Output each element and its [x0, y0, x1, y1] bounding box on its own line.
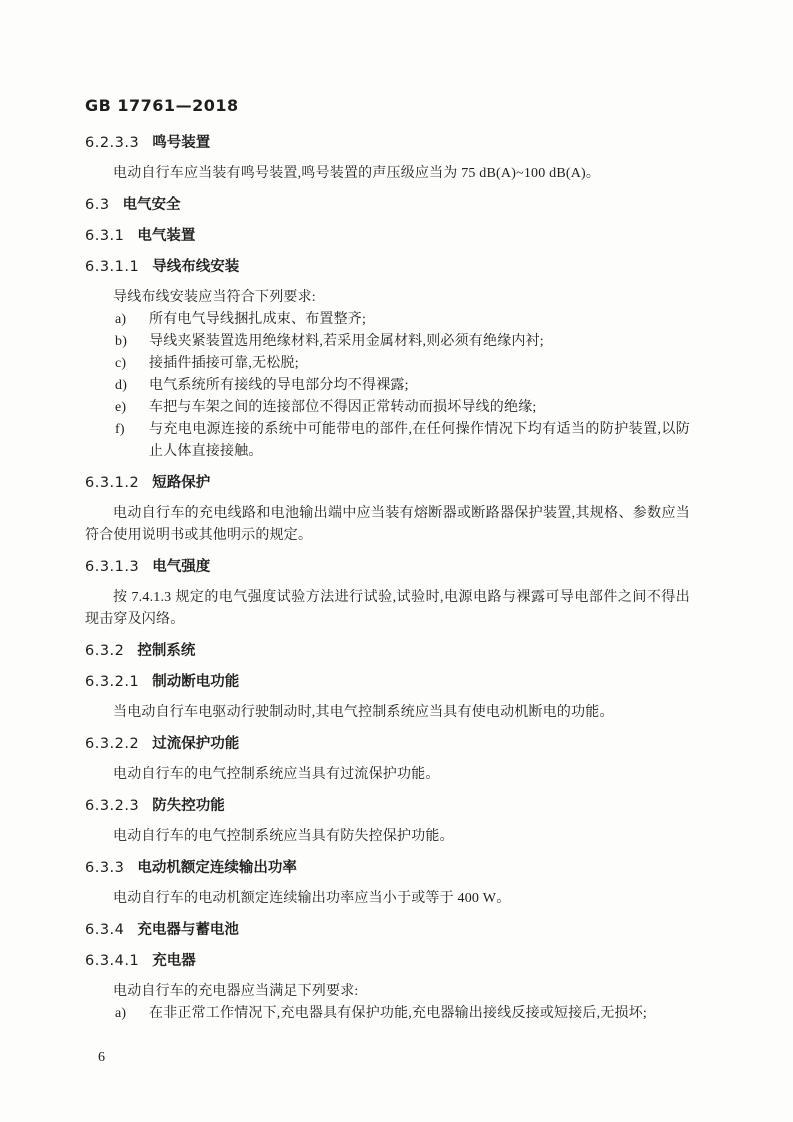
clause-number: 6.3.1.3: [85, 559, 139, 575]
section-heading: 6.3.1.3电气强度: [85, 556, 690, 578]
body-paragraph: 电动自行车的电气控制系统应当具有过流保护功能。: [85, 764, 690, 786]
list-marker: b): [115, 331, 127, 353]
list-marker: e): [115, 397, 126, 419]
list-item: a)在非正常工作情况下,充电器具有保护功能,充电器输出接线反接或短接后,无损坏;: [85, 1003, 690, 1025]
clause-number: 6.3.4: [85, 922, 124, 938]
clause-number: 6.3: [85, 197, 110, 213]
page-number: 6: [98, 1049, 690, 1067]
clause-number: 6.3.1.2: [85, 475, 139, 491]
section-heading: 6.3.2.2过流保护功能: [85, 733, 690, 755]
clause-title: 电动机额定连续输出功率: [137, 860, 297, 876]
list-item-text: 导线夹紧装置选用绝缘材料,若采用金属材料,则必须有绝缘内衬;: [149, 334, 544, 349]
clause-title: 防失控功能: [152, 798, 225, 814]
clause-title: 控制系统: [137, 643, 195, 659]
clause-number: 6.3.2.1: [85, 674, 139, 690]
clause-number: 6.3.2.2: [85, 736, 139, 752]
requirement-list: a)在非正常工作情况下,充电器具有保护功能,充电器输出接线反接或短接后,无损坏;: [85, 1003, 690, 1025]
clause-number: 6.3.4.1: [85, 953, 139, 969]
clause-title: 制动断电功能: [152, 674, 239, 690]
body-paragraph: 电动自行车的充电线路和电池输出端中应当装有熔断器或断路器保护装置,其规格、参数应…: [85, 503, 690, 547]
section-heading: 6.3.4.1充电器: [85, 950, 690, 972]
list-item-text: 在非正常工作情况下,充电器具有保护功能,充电器输出接线反接或短接后,无损坏;: [149, 1006, 647, 1021]
body-paragraph: 当电动自行车电驱动行驶制动时,其电气控制系统应当具有使电动机断电的功能。: [85, 702, 690, 724]
list-item: e)车把与车架之间的连接部位不得因正常转动而损坏导线的绝缘;: [85, 397, 690, 419]
clause-title: 电气强度: [152, 559, 210, 575]
section-heading: 6.3电气安全: [85, 194, 690, 216]
section-heading: 6.3.3电动机额定连续输出功率: [85, 857, 690, 879]
clause-number: 6.3.1: [85, 228, 124, 244]
body-paragraph: 电动自行车的电动机额定连续输出功率应当小于或等于 400 W。: [85, 888, 690, 910]
clause-number: 6.3.2.3: [85, 798, 139, 814]
list-item: c)接插件插接可靠,无松脱;: [85, 353, 690, 375]
body-paragraph: 电动自行车的充电器应当满足下列要求:: [85, 981, 690, 1003]
section-heading: 6.3.2.1制动断电功能: [85, 671, 690, 693]
section-heading: 6.3.1.2短路保护: [85, 472, 690, 494]
clause-title: 充电器: [152, 953, 196, 969]
clause-number: 6.3.3: [85, 860, 124, 876]
section-heading: 6.2.3.3鸣号装置: [85, 132, 690, 154]
list-marker: d): [115, 375, 127, 397]
list-item: a)所有电气导线捆扎成束、布置整齐;: [85, 309, 690, 331]
list-marker: c): [115, 353, 126, 375]
clause-title: 短路保护: [152, 475, 210, 491]
section-heading: 6.3.4充电器与蓄电池: [85, 919, 690, 941]
list-item-text: 与充电电源连接的系统中可能带电的部件,在任何操作情况下均有适当的防护装置,以防止…: [149, 422, 690, 459]
body-paragraph: 电动自行车应当装有鸣号装置,鸣号装置的声压级应当为 75 dB(A)~100 d…: [85, 163, 690, 185]
clause-title: 电气安全: [123, 197, 181, 213]
list-item: f)与充电电源连接的系统中可能带电的部件,在任何操作情况下均有适当的防护装置,以…: [85, 419, 690, 463]
clause-number: 6.2.3.3: [85, 135, 139, 151]
list-item-text: 车把与车架之间的连接部位不得因正常转动而损坏导线的绝缘;: [149, 400, 537, 415]
requirement-list: a)所有电气导线捆扎成束、布置整齐; b)导线夹紧装置选用绝缘材料,若采用金属材…: [85, 309, 690, 463]
standard-number-header: GB 17761—2018: [85, 96, 690, 116]
body-paragraph: 按 7.4.1.3 规定的电气强度试验方法进行试验,试验时,电源电路与裸露可导电…: [85, 587, 690, 631]
list-marker: f): [115, 419, 125, 441]
list-marker: a): [115, 309, 126, 331]
list-marker: a): [115, 1003, 126, 1025]
document-page: GB 17761—2018 6.2.3.3鸣号装置 电动自行车应当装有鸣号装置,…: [0, 0, 793, 1122]
list-item: d)电气系统所有接线的导电部分均不得裸露;: [85, 375, 690, 397]
clause-title: 过流保护功能: [152, 736, 239, 752]
clause-number: 6.3.1.1: [85, 259, 139, 275]
clause-title: 鸣号装置: [152, 135, 210, 151]
body-paragraph: 导线布线安装应当符合下列要求:: [85, 287, 690, 309]
section-heading: 6.3.2.3防失控功能: [85, 795, 690, 817]
clause-title: 电气装置: [137, 228, 195, 244]
section-heading: 6.3.2控制系统: [85, 640, 690, 662]
list-item-text: 电气系统所有接线的导电部分均不得裸露;: [149, 378, 409, 393]
clause-title: 充电器与蓄电池: [137, 922, 239, 938]
list-item-text: 所有电气导线捆扎成束、布置整齐;: [149, 312, 366, 327]
list-item-text: 接插件插接可靠,无松脱;: [149, 356, 299, 371]
body-paragraph: 电动自行车的电气控制系统应当具有防失控保护功能。: [85, 826, 690, 848]
section-heading: 6.3.1.1导线布线安装: [85, 256, 690, 278]
section-heading: 6.3.1电气装置: [85, 225, 690, 247]
list-item: b)导线夹紧装置选用绝缘材料,若采用金属材料,则必须有绝缘内衬;: [85, 331, 690, 353]
clause-title: 导线布线安装: [152, 259, 239, 275]
clause-number: 6.3.2: [85, 643, 124, 659]
